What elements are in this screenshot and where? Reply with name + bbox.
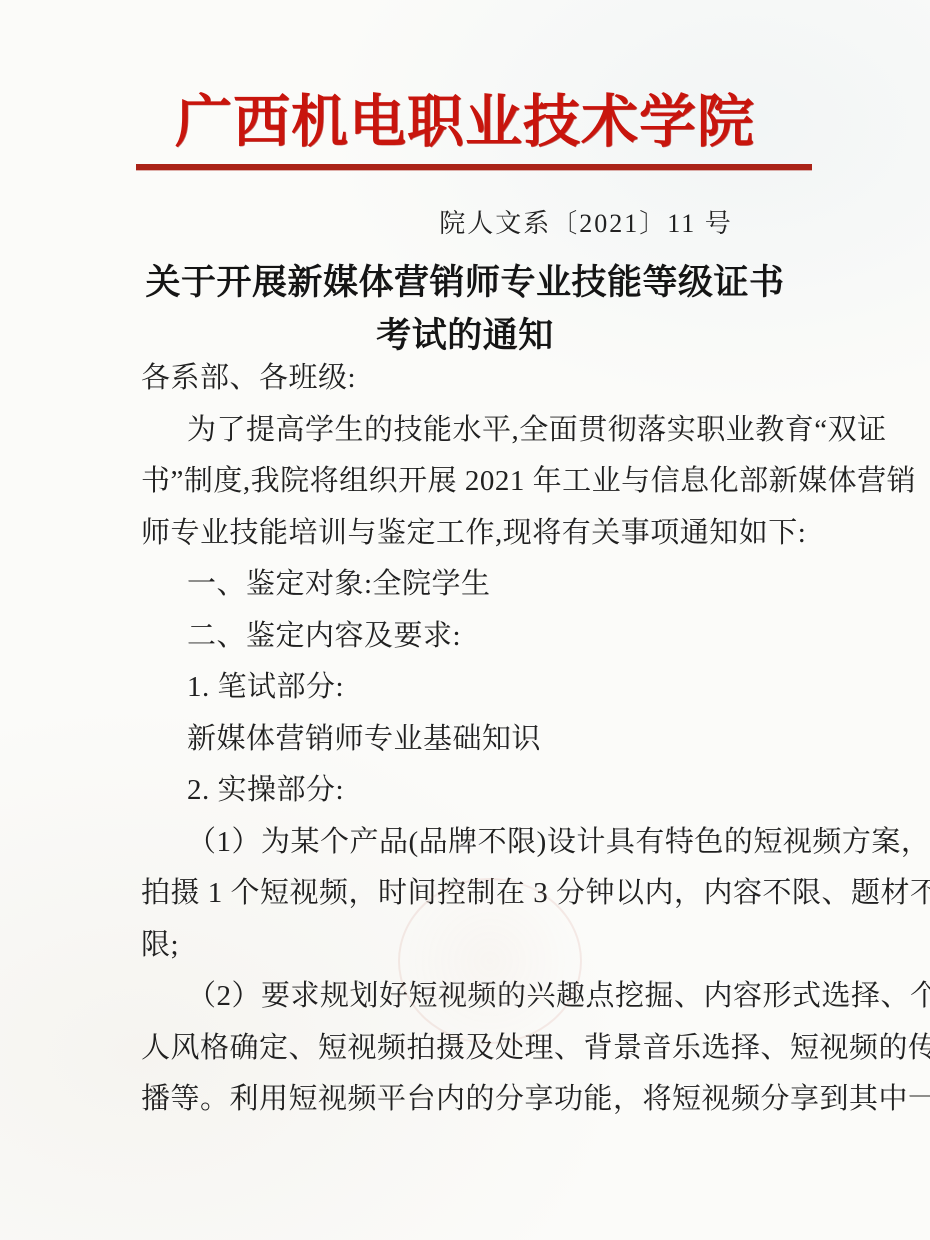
notice-body: 各系部、各班级: 为了提高学生的技能水平,全面贯彻落实职业教育“双证 书”制度,… <box>141 353 814 1126</box>
institution-title: 广西机电职业技术学院 <box>0 76 930 158</box>
body-line: 播等。利用短视频平台内的分享功能，将短视频分享到其中一 <box>141 1074 814 1126</box>
body-line: 二、鉴定内容及要求: <box>141 611 814 663</box>
body-line: 限; <box>141 920 814 972</box>
body-line: 书”制度,我院将组织开展 2021 年工业与信息化部新媒体营销 <box>141 456 814 508</box>
body-line: 拍摄 1 个短视频，时间控制在 3 分钟以内，内容不限、题材不 <box>141 868 814 920</box>
notice-title: 关于开展新媒体营销师专业技能等级证书 考试的通知 <box>0 256 930 362</box>
scanned-notice-page: 广西机电职业技术学院 院人文系〔2021〕11 号 关于开展新媒体营销师专业技能… <box>0 0 930 1240</box>
salutation: 各系部、各班级: <box>141 353 814 405</box>
body-line: 1. 笔试部分: <box>141 662 814 714</box>
body-line: （2）要求规划好短视频的兴趣点挖掘、内容形式选择、个 <box>141 971 814 1023</box>
body-line: 人风格确定、短视频拍摄及处理、背景音乐选择、短视频的传 <box>141 1023 814 1075</box>
body-line: 2. 实操部分: <box>141 765 814 817</box>
body-line: 师专业技能培训与鉴定工作,现将有关事项通知如下: <box>141 508 814 560</box>
document-number: 院人文系〔2021〕11 号 <box>121 203 930 240</box>
notice-title-line1: 关于开展新媒体营销师专业技能等级证书 <box>0 256 930 309</box>
body-line: 新媒体营销师专业基础知识 <box>141 714 814 766</box>
body-line: （1）为某个产品(品牌不限)设计具有特色的短视频方案， <box>141 817 814 869</box>
red-header-rule <box>136 164 812 170</box>
body-line: 一、鉴定对象:全院学生 <box>141 559 814 611</box>
body-line: 为了提高学生的技能水平,全面贯彻落实职业教育“双证 <box>141 405 814 457</box>
